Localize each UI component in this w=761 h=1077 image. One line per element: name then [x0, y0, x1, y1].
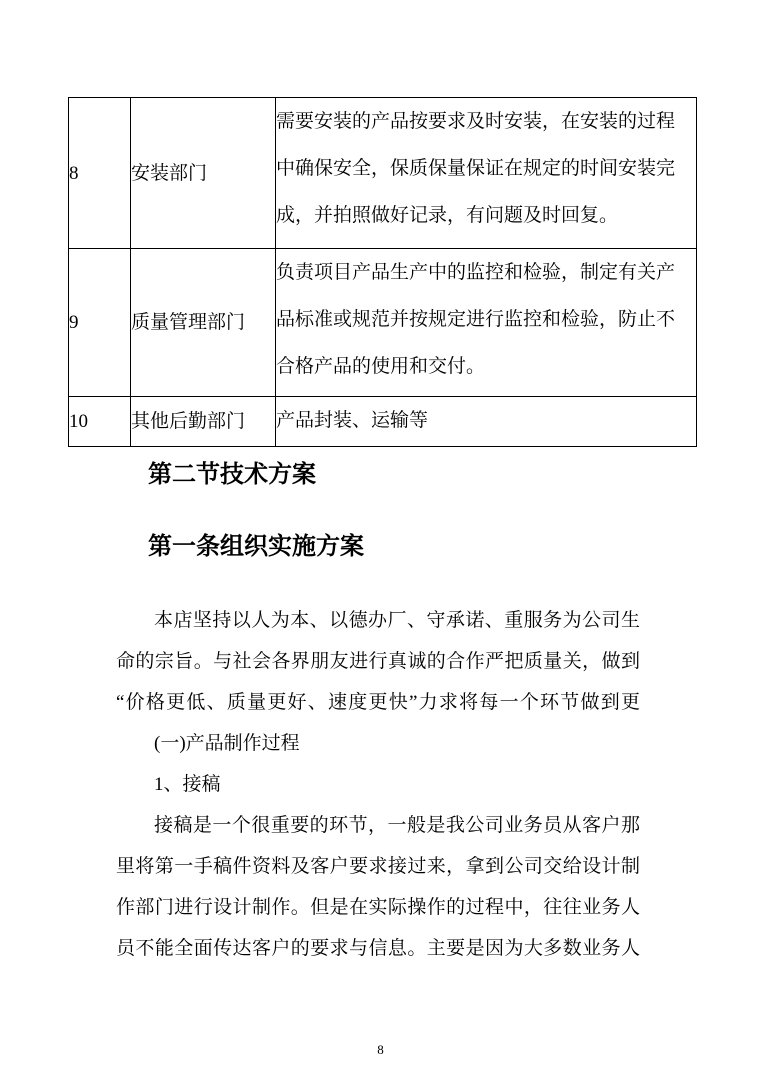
paragraph-line: 里将第一手稿件资料及客户要求接过来，拿到公司交给设计制	[116, 846, 640, 887]
section-heading: 第二节技术方案	[148, 459, 316, 491]
row-number-cell: 10	[69, 397, 131, 447]
subheading-line: (一)产品制作过程	[116, 723, 640, 764]
paragraph-line: 本店坚持以人为本、以德办厂、守承诺、重服务为公司生	[116, 600, 640, 641]
page-number: 8	[0, 1042, 761, 1058]
description-line: 品标准或规范并按规定进行监控和检验，防止不	[276, 296, 696, 343]
description-line: 需要安装的产品按要求及时安装，在安装的过程	[276, 98, 696, 145]
description-line: 负责项目产品生产中的监控和检验，制定有关产	[276, 249, 696, 296]
row-number-cell: 9	[69, 249, 131, 397]
paragraph-line: 接稿是一个很重要的环节，一般是我公司业务员从客户那	[116, 805, 640, 846]
paragraph-line: “价格更低、质量更好、速度更快”力求将每一个环节做到更好。	[116, 682, 640, 723]
department-name-cell: 安装部门	[131, 98, 276, 249]
department-description-cell: 产品封装、运输等	[276, 397, 697, 447]
department-name-cell: 质量管理部门	[131, 249, 276, 397]
description-line: 产品封装、运输等	[276, 397, 696, 444]
paragraph-line: 命的宗旨。与社会各界朋友进行真诚的合作严把质量关，做到	[116, 641, 640, 682]
department-name-cell: 其他后勤部门	[131, 397, 276, 447]
description-line: 成，并拍照做好记录，有问题及时回复。	[276, 192, 696, 239]
list-item-line: 1、接稿	[116, 764, 640, 805]
department-description-cell: 需要安装的产品按要求及时安装，在安装的过程 中确保安全，保质保量保证在规定的时间…	[276, 98, 697, 249]
department-responsibility-table: 8 安装部门 需要安装的产品按要求及时安装，在安装的过程 中确保安全，保质保量保…	[68, 97, 697, 447]
body-text-block: 本店坚持以人为本、以德办厂、守承诺、重服务为公司生 命的宗旨。与社会各界朋友进行…	[116, 600, 640, 969]
description-line: 合格产品的使用和交付。	[276, 343, 696, 390]
table-row: 8 安装部门 需要安装的产品按要求及时安装，在安装的过程 中确保安全，保质保量保…	[69, 98, 697, 249]
row-number-cell: 8	[69, 98, 131, 249]
document-page: 8 安装部门 需要安装的产品按要求及时安装，在安装的过程 中确保安全，保质保量保…	[0, 0, 761, 1077]
article-heading: 第一条组织实施方案	[148, 531, 364, 563]
table-row: 10 其他后勤部门 产品封装、运输等	[69, 397, 697, 447]
table-row: 9 质量管理部门 负责项目产品生产中的监控和检验，制定有关产 品标准或规范并按规…	[69, 249, 697, 397]
paragraph-line: 员不能全面传达客户的要求与信息。主要是因为大多数业务人	[116, 928, 640, 969]
department-description-cell: 负责项目产品生产中的监控和检验，制定有关产 品标准或规范并按规定进行监控和检验，…	[276, 249, 697, 397]
paragraph-line: 作部门进行设计制作。但是在实际操作的过程中，往往业务人	[116, 887, 640, 928]
description-line: 中确保安全，保质保量保证在规定的时间安装完	[276, 145, 696, 192]
